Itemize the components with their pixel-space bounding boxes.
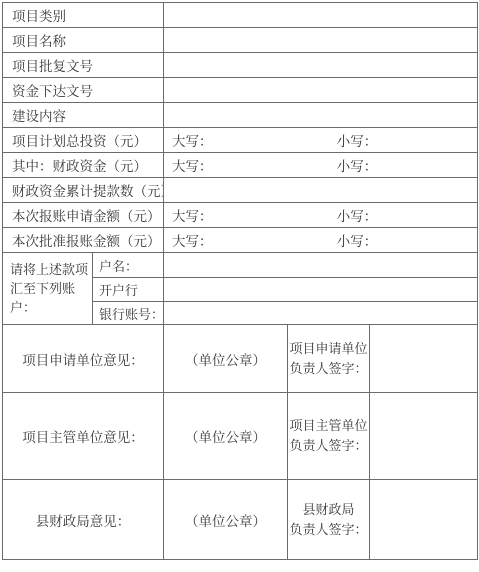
lowercase-amount-label: 小写： bbox=[337, 130, 378, 150]
uppercase-amount-value[interactable] bbox=[213, 155, 217, 175]
competent-unit-seal-placeholder: （单位公章） bbox=[164, 393, 288, 480]
row-bank-account-name: 请将上述款项汇至下列账户： 户名： bbox=[3, 253, 478, 278]
uppercase-amount-value[interactable] bbox=[213, 230, 217, 250]
current-reimbursement-request-amount-value-cell[interactable]: 大写： 小写： bbox=[164, 203, 478, 228]
row-fiscal-funds-cumulative-withdrawal: 财政资金累计提款数（元） bbox=[3, 178, 478, 203]
row-project-approval-doc-no: 项目批复文号 bbox=[3, 53, 478, 78]
construction-content-label: 建设内容 bbox=[3, 103, 164, 128]
lowercase-amount-value[interactable] bbox=[377, 230, 381, 250]
fiscal-funds-value-cell[interactable]: 大写： 小写： bbox=[164, 153, 478, 178]
row-current-reimbursement-request-amount: 本次报账申请金额（元） 大写： 小写： bbox=[3, 203, 478, 228]
opening-bank-value-cell[interactable] bbox=[164, 278, 478, 302]
lowercase-amount-value[interactable] bbox=[377, 205, 381, 225]
construction-content-value-cell[interactable] bbox=[164, 103, 478, 128]
competent-unit-signature-cell[interactable] bbox=[370, 393, 478, 480]
form-document-page: 项目类别 项目名称 项目批复文号 资金下达文号 建设内容 项目计划总投资（元） … bbox=[0, 0, 479, 572]
lowercase-amount-label: 小写： bbox=[337, 205, 378, 225]
fiscal-funds-cumulative-withdrawal-value-cell[interactable] bbox=[164, 178, 478, 203]
row-project-name: 项目名称 bbox=[3, 28, 478, 53]
lowercase-amount-label: 小写： bbox=[337, 230, 378, 250]
uppercase-amount-label: 大写： bbox=[172, 130, 213, 150]
fiscal-funds-label: 其中：财政资金（元） bbox=[3, 153, 164, 178]
applicant-unit-signature-cell[interactable] bbox=[370, 325, 478, 393]
county-finance-bureau-opinion-label: 县财政局意见： bbox=[3, 480, 164, 560]
row-competent-unit-opinion: 项目主管单位意见： （单位公章） 项目主管单位 负责人签字： bbox=[3, 393, 478, 480]
project-name-value-cell[interactable] bbox=[164, 28, 478, 53]
row-construction-content: 建设内容 bbox=[3, 103, 478, 128]
uppercase-amount-value[interactable] bbox=[213, 205, 217, 225]
project-category-label: 项目类别 bbox=[3, 3, 164, 28]
county-finance-bureau-signer-label: 县财政局 负责人签字： bbox=[288, 480, 370, 560]
row-planned-total-investment: 项目计划总投资（元） 大写： 小写： bbox=[3, 128, 478, 153]
project-name-label: 项目名称 bbox=[3, 28, 164, 53]
planned-total-investment-value-cell[interactable]: 大写： 小写： bbox=[164, 128, 478, 153]
planned-total-investment-label: 项目计划总投资（元） bbox=[3, 128, 164, 153]
current-approved-reimbursement-amount-value-cell[interactable]: 大写： 小写： bbox=[164, 228, 478, 253]
project-approval-doc-no-value-cell[interactable] bbox=[164, 53, 478, 78]
row-county-finance-bureau-opinion: 县财政局意见： （单位公章） 县财政局 负责人签字： bbox=[3, 480, 478, 560]
applicant-unit-seal-placeholder: （单位公章） bbox=[164, 325, 288, 393]
current-reimbursement-request-amount-label: 本次报账申请金额（元） bbox=[3, 203, 164, 228]
opening-bank-label: 开户行 bbox=[93, 278, 164, 302]
applicant-unit-opinion-label: 项目申请单位意见： bbox=[3, 325, 164, 393]
remit-account-instruction-label: 请将上述款项汇至下列账户： bbox=[3, 253, 93, 325]
uppercase-amount-label: 大写： bbox=[172, 205, 213, 225]
lowercase-amount-label: 小写： bbox=[337, 155, 378, 175]
bank-account-number-value-cell[interactable] bbox=[164, 302, 478, 325]
county-finance-bureau-seal-placeholder: （单位公章） bbox=[164, 480, 288, 560]
project-category-value-cell[interactable] bbox=[164, 3, 478, 28]
lowercase-amount-value[interactable] bbox=[377, 130, 381, 150]
current-approved-reimbursement-amount-label: 本次批准报账金额（元） bbox=[3, 228, 164, 253]
account-name-value-cell[interactable] bbox=[164, 253, 478, 278]
row-applicant-unit-opinion: 项目申请单位意见： （单位公章） 项目申请单位 负责人签字： bbox=[3, 325, 478, 393]
lowercase-amount-value[interactable] bbox=[377, 155, 381, 175]
applicant-unit-signer-label: 项目申请单位 负责人签字： bbox=[288, 325, 370, 393]
fund-issuance-doc-no-label: 资金下达文号 bbox=[3, 78, 164, 103]
account-name-label: 户名： bbox=[93, 253, 164, 278]
uppercase-amount-label: 大写： bbox=[172, 155, 213, 175]
row-current-approved-reimbursement-amount: 本次批准报账金额（元） 大写： 小写： bbox=[3, 228, 478, 253]
competent-unit-opinion-label: 项目主管单位意见： bbox=[3, 393, 164, 480]
fund-issuance-doc-no-value-cell[interactable] bbox=[164, 78, 478, 103]
project-approval-doc-no-label: 项目批复文号 bbox=[3, 53, 164, 78]
row-fund-issuance-doc-no: 资金下达文号 bbox=[3, 78, 478, 103]
competent-unit-signer-label: 项目主管单位 负责人签字： bbox=[288, 393, 370, 480]
county-finance-bureau-signature-cell[interactable] bbox=[370, 480, 478, 560]
row-project-category: 项目类别 bbox=[3, 3, 478, 28]
uppercase-amount-label: 大写： bbox=[172, 230, 213, 250]
fiscal-funds-cumulative-withdrawal-label: 财政资金累计提款数（元） bbox=[3, 178, 164, 203]
bank-account-number-label: 银行账号： bbox=[93, 302, 164, 325]
reimbursement-request-form: 项目类别 项目名称 项目批复文号 资金下达文号 建设内容 项目计划总投资（元） … bbox=[2, 2, 478, 560]
row-fiscal-funds: 其中：财政资金（元） 大写： 小写： bbox=[3, 153, 478, 178]
uppercase-amount-value[interactable] bbox=[213, 130, 217, 150]
